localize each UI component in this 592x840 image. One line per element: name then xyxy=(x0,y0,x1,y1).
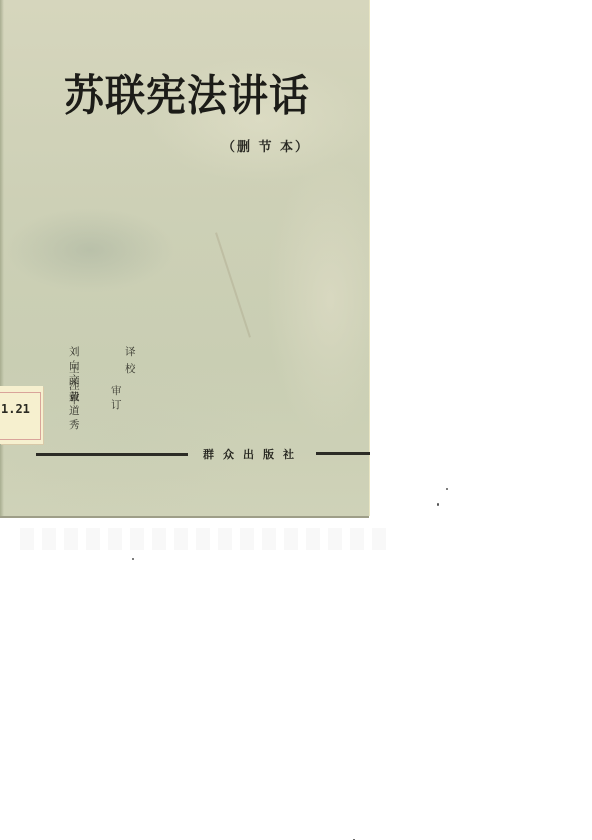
speck xyxy=(132,558,134,560)
publisher-name: 群众出版社 xyxy=(203,446,303,462)
speck xyxy=(446,488,448,490)
publisher-rule-left xyxy=(36,453,188,456)
publisher-bar: 群众出版社 xyxy=(36,446,370,462)
speck xyxy=(437,503,439,506)
reviewer-name-2: 黄道秀 xyxy=(69,390,80,432)
publisher-rule-right xyxy=(316,452,370,455)
reviewer-role: 审订 xyxy=(111,384,122,412)
proofreader-role: 校 xyxy=(125,362,136,376)
library-label: 1.21 xyxy=(0,386,43,444)
library-call-number: 1.21 xyxy=(1,402,30,416)
book-title: 苏联宪法讲话 xyxy=(64,62,310,124)
label-rule-top xyxy=(0,392,41,393)
book-cover: 苏联宪法讲话 （删 节 本） 刘向文 译 王明毅 校 江 平 黄道秀 审订 1.… xyxy=(0,0,369,516)
label-rule-bottom xyxy=(0,439,41,440)
cover-crease xyxy=(215,232,251,337)
label-rule-right xyxy=(40,392,41,440)
translator-role: 译 xyxy=(125,345,136,359)
bleed-through-text xyxy=(20,528,390,550)
book-subtitle: （删 节 本） xyxy=(222,136,310,155)
